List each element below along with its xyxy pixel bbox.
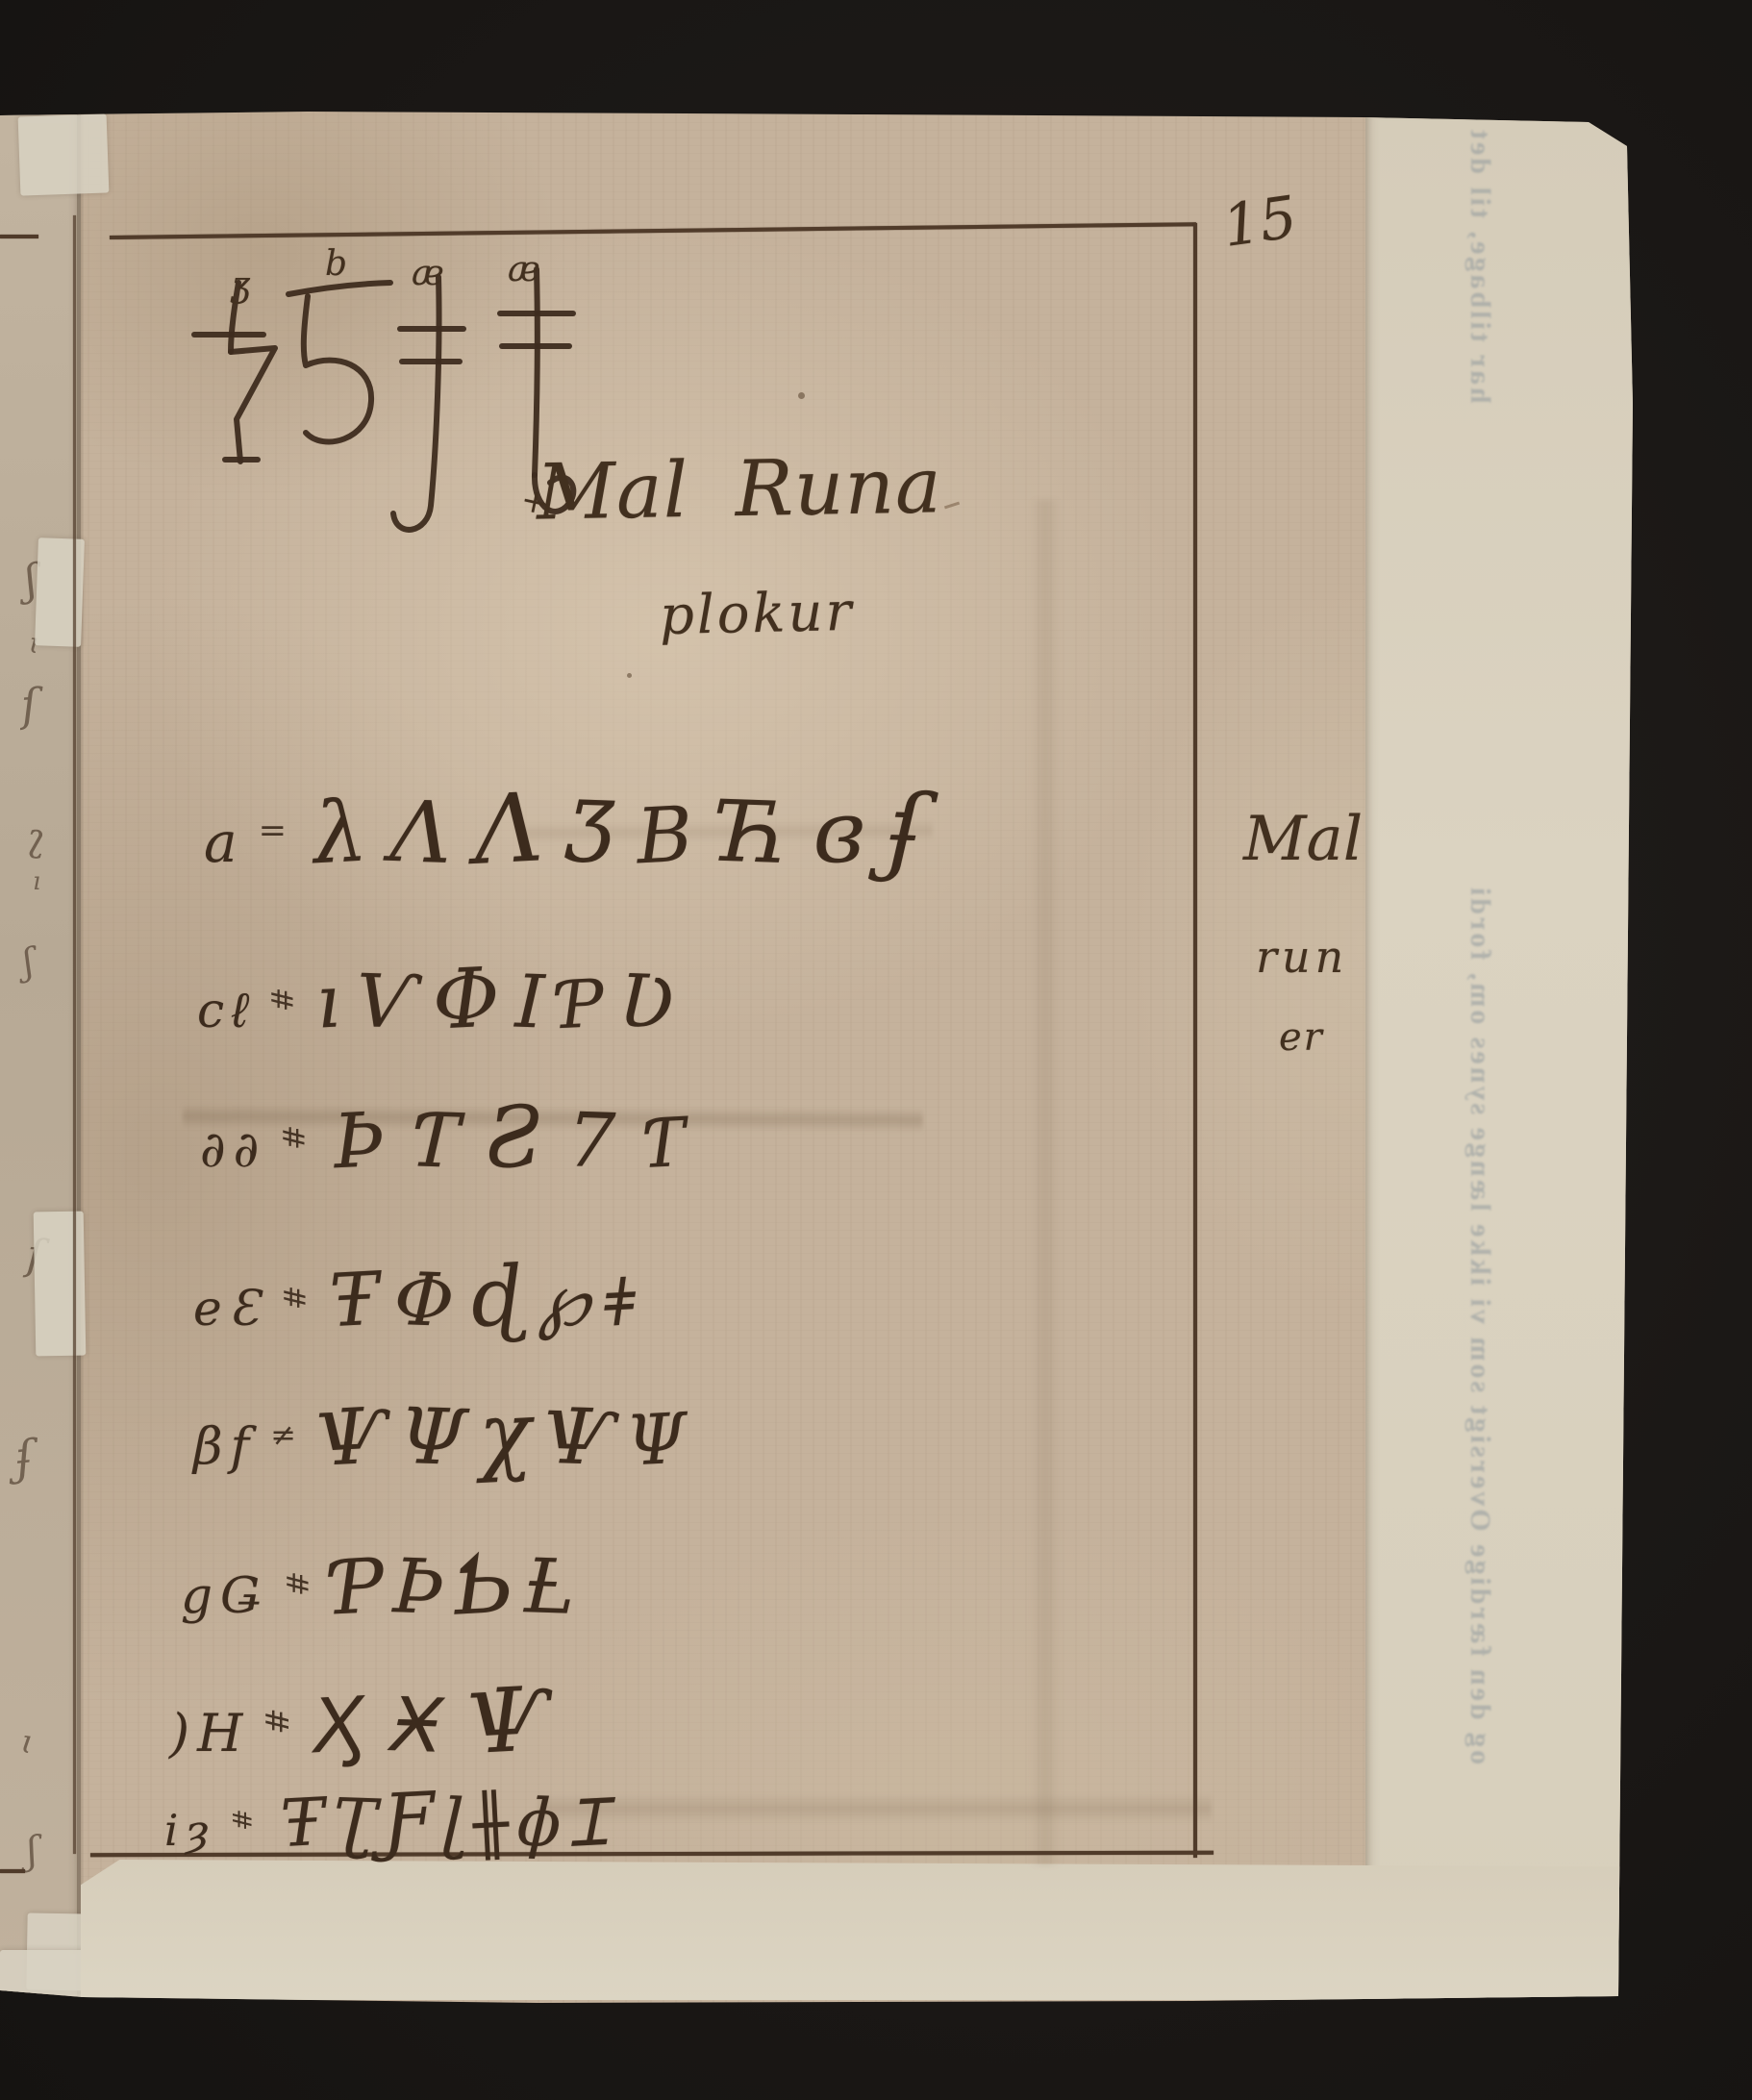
rune-glyph: Ѵ (354, 958, 419, 1045)
row-label: iȝ (164, 1805, 216, 1856)
paper-fold-shadow (1031, 500, 1060, 1865)
ink-fragment: ʅ (25, 814, 48, 861)
rune-row: )H#ӼӾѰ (169, 1669, 550, 1772)
row-label: gǤ (181, 1567, 270, 1625)
page-title: Mal Runa (536, 440, 942, 537)
ink-fragment: ı (33, 867, 40, 896)
ink-fragment: ɩ (18, 1722, 37, 1762)
symbol-superscript: æ (508, 250, 540, 289)
tape-patch (18, 113, 110, 195)
ink-dot (798, 392, 805, 399)
page-subtitle: plokur (659, 581, 855, 647)
row-label: ∂∂ (200, 1121, 266, 1179)
page-number: 15 (1219, 184, 1301, 261)
rune-ligature-1 (185, 277, 281, 469)
bleed-text: og den færdige Oversigt som vi ikke læng… (1464, 885, 1496, 1764)
rune-glyph: Ŧ (279, 1785, 326, 1862)
ruled-frame-right (1193, 223, 1197, 1858)
ruled-frame-fragment (0, 1869, 25, 1873)
row-separator: = (259, 811, 287, 850)
ink-fragment: ʃ (25, 1829, 39, 1874)
rune-glyph: Þ (332, 1097, 387, 1187)
symbol-superscript: ʒ (231, 265, 250, 305)
rune-glyph: Ʈ (331, 1785, 377, 1862)
rune-glyph: Ƒ (381, 1776, 436, 1864)
rune-glyph: Þ (392, 1543, 446, 1632)
rune-glyph: Ƭ (409, 1097, 462, 1186)
manuscript-page: ʃɩſʅıʃſʄɩʃ har tilbage, til det og den f… (0, 0, 1752, 2100)
rune-glyph: Λ (388, 782, 453, 883)
rune-glyph: ╫ (471, 1790, 511, 1861)
rune-glyph: Ʋ (618, 958, 677, 1045)
rune-glyph: B (635, 789, 695, 882)
binding-seam (77, 112, 84, 1998)
rune-glyph: Ƭ (638, 1103, 688, 1184)
rune-glyph: ℘ (537, 1256, 590, 1343)
rune-row: iȝ#ŦƮƑɭ╫ɸꞮ (164, 1775, 606, 1864)
rune-glyph: Φ (431, 950, 503, 1049)
rune-glyph: λ (311, 782, 369, 884)
row-label: βf (193, 1417, 257, 1476)
rune-glyph: Φ (393, 1256, 456, 1343)
bleed-text: har tilbage, til det (1464, 127, 1496, 404)
margin-word: run (1256, 931, 1348, 983)
rune-glyph: χ (476, 1384, 534, 1487)
tape-patch (34, 1212, 87, 1357)
rune-glyph: Ƥ (331, 1543, 386, 1633)
ink-dot (627, 673, 632, 678)
ruled-frame-top (110, 222, 1196, 239)
margin-word: Mal (1243, 804, 1363, 875)
row-label: cℓ (197, 982, 255, 1038)
rune-glyph: Ѱ (540, 1391, 616, 1484)
rune-glyph: ʄ (886, 774, 924, 885)
bottom-page-strip (81, 1860, 1635, 2000)
margin-word: er (1279, 1015, 1324, 1060)
rune-glyph: Ʒ (564, 782, 615, 883)
bleed-through-text-lower: og den færdige Oversigt som vi ikke læng… (1454, 885, 1540, 1990)
rune-glyph: Ћ (714, 782, 791, 884)
rune-glyph: Ψ (398, 1391, 468, 1483)
rune-glyph: Ƥ (558, 966, 606, 1044)
ink-fragment: ʃ (19, 939, 37, 983)
rune-glyph: Ѱ (313, 1390, 390, 1484)
rune-glyph: I (514, 959, 546, 1045)
rune-glyph: ı (313, 958, 341, 1044)
ink-fragment: ſ (19, 678, 39, 731)
rune-row: a=λΛΛƷBЋɞʄ (204, 775, 923, 885)
tape-patch (35, 537, 85, 647)
ruled-frame-fragment (0, 235, 38, 238)
rune-glyph: ǂ (602, 1264, 636, 1342)
rune-glyph: Λ (472, 773, 546, 887)
rune-glyph: ɞ (811, 782, 867, 884)
row-label: eƐ (193, 1280, 267, 1337)
rune-glyph: Ƚ (524, 1543, 577, 1632)
row-separator: # (276, 1286, 310, 1310)
ruled-frame-left (73, 215, 76, 1854)
rune-glyph: Ƨ (482, 1087, 544, 1188)
rune-glyph: Ɪ (566, 1774, 608, 1865)
row-label: a (204, 810, 245, 875)
row-separator: # (279, 1571, 313, 1596)
symbol-superscript: b (325, 244, 347, 284)
row-separator: # (275, 1125, 310, 1150)
rune-glyph: ɭ (440, 1786, 466, 1862)
row-separator: # (259, 1708, 295, 1734)
rune-glyph: Ӽ (309, 1678, 366, 1772)
rune-ligature-3 (381, 262, 469, 550)
bleed-through-text-upper: har tilbage, til det (1454, 127, 1540, 762)
rune-row: βf≠ѰΨχѰΨ (193, 1385, 688, 1485)
rune-glyph: 7 (565, 1097, 616, 1186)
rune-glyph: Ƅ (451, 1533, 517, 1634)
rune-glyph: Ӿ (388, 1678, 443, 1771)
rune-glyph: Ψ (624, 1397, 688, 1481)
paper-crease (538, 1794, 1212, 1823)
rune-row: eƐ#ŦΦɖ℘ǂ (193, 1250, 635, 1345)
rune-glyph: Ѱ (463, 1667, 552, 1774)
rune-glyph: ɸ (514, 1785, 563, 1862)
symbol-superscript: æ (412, 254, 444, 293)
row-label: )H (169, 1703, 250, 1763)
left-page-edge: ʃɩſʅıʃſʄɩʃ (0, 112, 81, 1994)
row-separator: ≠ (270, 1416, 296, 1453)
ink-dash (944, 502, 960, 510)
rune-row: cℓ#ıѴΦIƤƲ (197, 952, 675, 1047)
manuscript-scan: ʃɩſʅıʃſʄɩʃ har tilbage, til det og den f… (0, 0, 1752, 2100)
rune-glyph: Ŧ (328, 1256, 381, 1344)
rune-row: gǤ#ƤÞƄȽ (181, 1535, 575, 1633)
row-separator: # (226, 1809, 256, 1831)
row-separator: # (264, 987, 298, 1012)
rune-glyph: ɖ (467, 1249, 525, 1347)
ink-fragment: ʄ (13, 1430, 36, 1486)
rune-row: ∂∂#ÞƬƧ7Ƭ (200, 1088, 685, 1187)
